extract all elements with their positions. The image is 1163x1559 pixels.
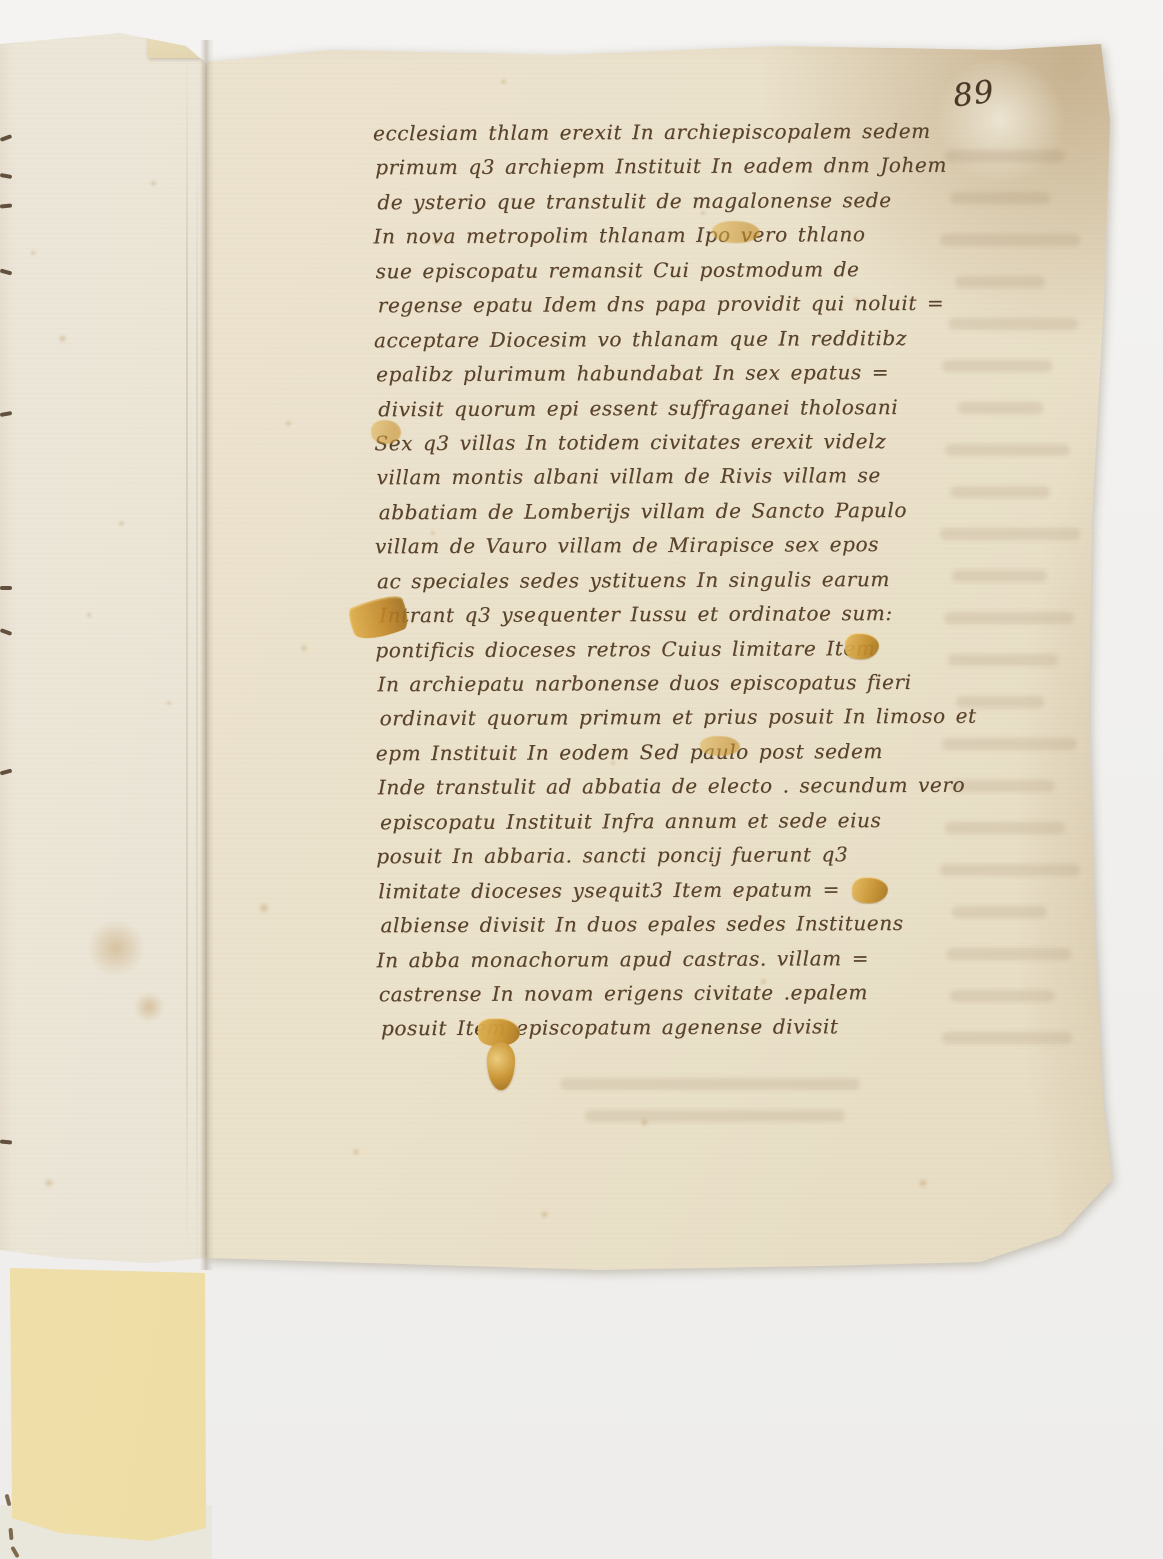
binding-gutter — [200, 40, 214, 1270]
gold-flourish-mark — [345, 589, 414, 648]
gold-paraph-mark — [852, 877, 888, 903]
gold-paraph-mark — [845, 633, 879, 659]
manuscript-photo: 89 ecclesiam thlam erexit In archiepisco… — [0, 0, 1163, 1559]
gold-decorations — [0, 0, 1163, 1559]
gold-initial-wash-mark — [700, 736, 740, 756]
manuscript-recto-page: 89 ecclesiam thlam erexit In archiepisco… — [0, 0, 1163, 1559]
gold-initial-wash-mark — [712, 221, 760, 243]
gold-paraph-drop-mark — [478, 1018, 520, 1046]
recto-page-wrap: 89 ecclesiam thlam erexit In archiepisco… — [0, 0, 1163, 1559]
gold-initial-wash-mark — [371, 420, 401, 444]
